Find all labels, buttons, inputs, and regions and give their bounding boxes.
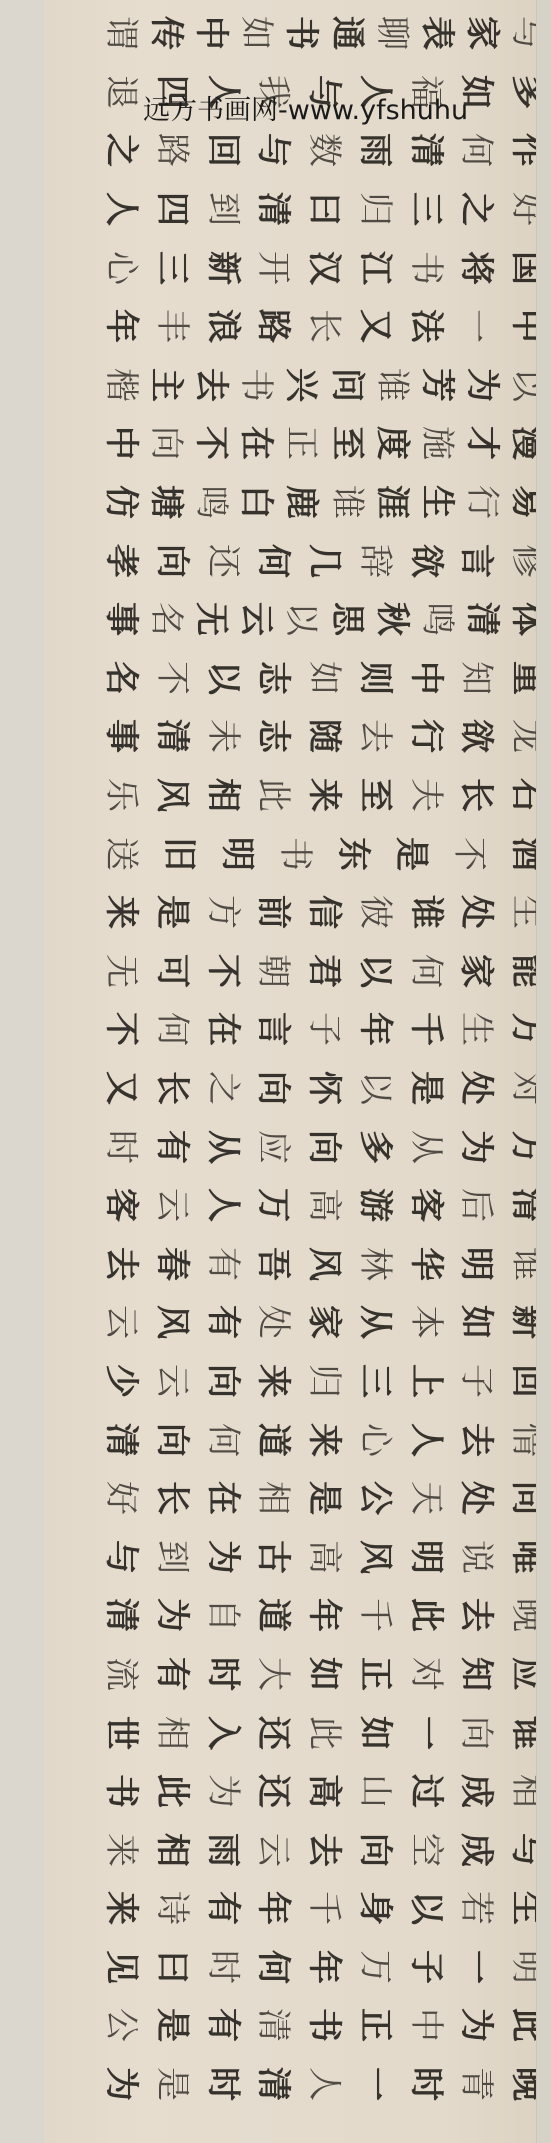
calligraphy-character: 时 <box>409 2067 443 2101</box>
calligraphy-character: 正 <box>358 2008 392 2042</box>
calligraphy-character: 可 <box>155 954 189 988</box>
calligraphy-character: 不 <box>194 426 228 460</box>
calligraphy-column: 以为芳谁问兴书去主楷 <box>104 356 544 415</box>
calligraphy-character: 有 <box>206 1305 240 1339</box>
calligraphy-character: 长 <box>307 309 341 343</box>
calligraphy-character: 处 <box>256 1305 290 1339</box>
calligraphy-character: 为 <box>206 1540 240 1574</box>
calligraphy-character: 此 <box>256 778 290 812</box>
calligraphy-character: 言 <box>256 1012 290 1046</box>
calligraphy-character: 欲 <box>459 719 493 753</box>
calligraphy-character: 送 <box>104 837 138 871</box>
calligraphy-character: 多 <box>358 1130 392 1164</box>
calligraphy-character: 知 <box>459 1657 493 1691</box>
calligraphy-character: 浪 <box>206 309 240 343</box>
calligraphy-character: 数 <box>307 133 341 167</box>
calligraphy-column: 与成空向去云雨相来 <box>104 1820 544 1879</box>
calligraphy-character: 心 <box>358 1423 392 1457</box>
calligraphy-character: 云 <box>155 1188 189 1222</box>
calligraphy-character: 秋 <box>375 602 409 636</box>
calligraphy-character: 一 <box>358 2067 392 2101</box>
scroll-mount-right <box>536 0 551 2143</box>
calligraphy-character: 以 <box>206 661 240 695</box>
calligraphy-character: 去 <box>459 1598 493 1632</box>
calligraphy-character: 从 <box>409 1130 443 1164</box>
calligraphy-character: 知 <box>459 661 493 695</box>
calligraphy-character: 怀 <box>307 1071 341 1105</box>
calligraphy-character: 问 <box>330 368 364 402</box>
calligraphy-character: 一 <box>459 309 493 343</box>
calligraphy-character: 为 <box>104 2067 138 2101</box>
calligraphy-column: 谁明华林风吾有春去 <box>104 1234 544 1293</box>
calligraphy-character: 时 <box>206 2067 240 2101</box>
calligraphy-character: 人 <box>104 192 138 226</box>
calligraphy-column: 方生千年子言在何不 <box>104 1000 544 1059</box>
calligraphy-character: 还 <box>256 1716 290 1750</box>
calligraphy-character: 与 <box>104 1540 138 1574</box>
calligraphy-character: 到 <box>155 1540 189 1574</box>
calligraphy-character: 长 <box>155 1481 189 1515</box>
calligraphy-character: 来 <box>307 778 341 812</box>
calligraphy-column: 晚去此千年道自为清 <box>104 1586 544 1645</box>
calligraphy-character: 后 <box>459 1188 493 1222</box>
calligraphy-character: 将 <box>459 251 493 285</box>
calligraphy-character: 一 <box>459 1950 493 1984</box>
calligraphy-character: 何 <box>409 954 443 988</box>
calligraphy-character: 从 <box>358 1305 392 1339</box>
calligraphy-column: 清后客游高万人云客 <box>104 1176 544 1235</box>
calligraphy-column: 对处是以怀向之长又 <box>104 1059 544 1118</box>
calligraphy-character: 心 <box>104 251 138 285</box>
calligraphy-character: 仿 <box>104 485 138 519</box>
calligraphy-column: 作何清雨数与回路之 <box>104 121 544 180</box>
calligraphy-character: 流 <box>104 1657 138 1691</box>
calligraphy-character: 退 <box>104 75 138 109</box>
calligraphy-character: 子 <box>307 1012 341 1046</box>
calligraphy-character: 向 <box>307 1130 341 1164</box>
calligraphy-character: 相 <box>256 1481 290 1515</box>
calligraphy-character: 见 <box>104 1950 138 1984</box>
calligraphy-character: 还 <box>206 544 240 578</box>
calligraphy-character: 清 <box>104 1598 138 1632</box>
calligraphy-character: 去 <box>307 1833 341 1867</box>
calligraphy-character: 书 <box>284 16 318 50</box>
calligraphy-character: 诗 <box>155 1891 189 1925</box>
calligraphy-character: 主 <box>149 368 183 402</box>
calligraphy-character: 是 <box>307 1481 341 1515</box>
calligraphy-character: 三 <box>409 192 443 226</box>
calligraphy-character: 信 <box>307 895 341 929</box>
calligraphy-character: 公 <box>358 1481 392 1515</box>
calligraphy-character: 不 <box>452 837 486 871</box>
calligraphy-character: 志 <box>256 661 290 695</box>
calligraphy-character: 一 <box>409 1716 443 1750</box>
calligraphy-character: 思 <box>330 602 364 636</box>
calligraphy-character: 与 <box>256 133 290 167</box>
calligraphy-character: 归 <box>307 1364 341 1398</box>
calligraphy-character: 事 <box>104 602 138 636</box>
calligraphy-column: 体清鸣秋思以云无名事 <box>104 590 544 649</box>
calligraphy-character: 几 <box>307 544 341 578</box>
calligraphy-character: 是 <box>394 837 428 871</box>
calligraphy-character: 成 <box>459 1833 493 1867</box>
calligraphy-character: 在 <box>239 426 273 460</box>
calligraphy-character: 自 <box>206 1598 240 1632</box>
calligraphy-column: 回子上三归来向云少 <box>104 1352 544 1411</box>
calligraphy-character: 谁 <box>330 485 364 519</box>
calligraphy-character: 如 <box>459 1305 493 1339</box>
calligraphy-column: 此为中正书清有是公 <box>104 1996 544 2055</box>
calligraphy-character: 时 <box>104 1130 138 1164</box>
calligraphy-character: 辞 <box>358 544 392 578</box>
watermark-text: 远方书画网-www.yfshuhu <box>143 88 468 127</box>
calligraphy-character: 相 <box>155 1716 189 1750</box>
calligraphy-column: 向处天公是相在长好 <box>104 1469 544 1528</box>
calligraphy-character: 度 <box>375 426 409 460</box>
calligraphy-character: 向 <box>206 1364 240 1398</box>
calligraphy-character: 彼 <box>358 895 392 929</box>
calligraphy-paper: 与家表聊通书如中传谓多如福人与我人四退作何清雨数与回路之好之三归曰清到四人国将书… <box>44 0 537 2143</box>
calligraphy-character: 三 <box>358 1364 392 1398</box>
calligraphy-character: 山 <box>358 1774 392 1808</box>
calligraphy-character: 为 <box>459 2008 493 2042</box>
calligraphy-character: 朝 <box>256 954 290 988</box>
calligraphy-column: 方为从多向应从有时 <box>104 1117 544 1176</box>
calligraphy-character: 何 <box>256 1950 290 1984</box>
calligraphy-character: 为 <box>155 1598 189 1632</box>
calligraphy-character: 塘 <box>149 485 183 519</box>
calligraphy-character: 清 <box>256 2067 290 2101</box>
calligraphy-character: 年 <box>104 309 138 343</box>
calligraphy-character: 雨 <box>206 1833 240 1867</box>
calligraphy-character: 道 <box>256 1423 290 1457</box>
calligraphy-character: 前 <box>256 895 290 929</box>
calligraphy-character: 又 <box>104 1071 138 1105</box>
calligraphy-character: 去 <box>358 719 392 753</box>
calligraphy-character: 则 <box>358 661 392 695</box>
calligraphy-character: 在 <box>206 1012 240 1046</box>
calligraphy-character: 对 <box>409 1657 443 1691</box>
calligraphy-character: 处 <box>459 895 493 929</box>
calligraphy-character: 道 <box>256 1598 290 1632</box>
calligraphy-character: 身 <box>358 1891 392 1925</box>
calligraphy-character: 之 <box>104 133 138 167</box>
calligraphy-character: 风 <box>307 1247 341 1281</box>
calligraphy-column: 新如本从家处有风云 <box>104 1293 544 1352</box>
calligraphy-character: 子 <box>459 1364 493 1398</box>
calligraphy-character: 才 <box>465 426 499 460</box>
calligraphy-column: 唯说明风高古为到与 <box>104 1527 544 1586</box>
calligraphy-character: 鹿 <box>284 485 318 519</box>
calligraphy-character: 风 <box>155 778 189 812</box>
calligraphy-character: 若 <box>459 1891 493 1925</box>
calligraphy-character: 来 <box>104 1891 138 1925</box>
calligraphy-column: 漫才施度至正在不向中 <box>104 414 544 473</box>
calligraphy-column: 石长夫至来此相风乐 <box>104 766 544 825</box>
calligraphy-character: 书 <box>278 837 312 871</box>
calligraphy-character: 聊 <box>375 16 409 50</box>
calligraphy-character: 清 <box>465 602 499 636</box>
calligraphy-character: 向 <box>358 1833 392 1867</box>
calligraphy-character: 林 <box>358 1247 392 1281</box>
calligraphy-character: 到 <box>206 192 240 226</box>
calligraphy-character: 鸣 <box>194 485 228 519</box>
calligraphy-character: 为 <box>459 1130 493 1164</box>
calligraphy-character: 此 <box>409 1598 443 1632</box>
calligraphy-character: 过 <box>409 1774 443 1808</box>
calligraphy-character: 兴 <box>284 368 318 402</box>
calligraphy-character: 风 <box>358 1540 392 1574</box>
calligraphy-character: 之 <box>206 1071 240 1105</box>
calligraphy-character: 千 <box>358 1598 392 1632</box>
calligraphy-character: 新 <box>206 251 240 285</box>
calligraphy-character: 云 <box>239 602 273 636</box>
calligraphy-character: 有 <box>155 1657 189 1691</box>
calligraphy-character: 归 <box>358 192 392 226</box>
calligraphy-character: 中 <box>104 426 138 460</box>
calligraphy-character: 行 <box>409 719 443 753</box>
calligraphy-character: 中 <box>409 661 443 695</box>
calligraphy-character: 本 <box>409 1305 443 1339</box>
calligraphy-column: 应知对正如大时有流 <box>104 1645 544 1704</box>
calligraphy-character: 涯 <box>375 485 409 519</box>
calligraphy-character: 夫 <box>409 778 443 812</box>
calligraphy-character: 名 <box>149 602 183 636</box>
calligraphy-character: 世 <box>104 1716 138 1750</box>
calligraphy-character: 千 <box>307 1891 341 1925</box>
calligraphy-column: 生若以身千年有诗来 <box>104 1879 544 1938</box>
calligraphy-character: 还 <box>256 1774 290 1808</box>
calligraphy-character: 书 <box>104 1774 138 1808</box>
calligraphy-column: 酒不是东书明旧送 <box>104 824 544 883</box>
calligraphy-column: 重知中则如志以不名 <box>104 649 544 708</box>
calligraphy-character: 不 <box>206 954 240 988</box>
calligraphy-character: 人 <box>409 1423 443 1457</box>
calligraphy-character: 楷 <box>104 368 138 402</box>
calligraphy-character: 清 <box>256 192 290 226</box>
calligraphy-character: 鸣 <box>420 602 454 636</box>
calligraphy-character: 谓 <box>104 16 138 50</box>
calligraphy-character: 吾 <box>256 1247 290 1281</box>
calligraphy-character: 向 <box>155 1423 189 1457</box>
calligraphy-character: 之 <box>459 192 493 226</box>
calligraphy-character: 向 <box>256 1071 290 1105</box>
calligraphy-character: 云 <box>155 1364 189 1398</box>
calligraphy-column: 晚青时一人清时是为 <box>104 2055 544 2114</box>
calligraphy-character: 向 <box>155 544 189 578</box>
calligraphy-character: 言 <box>459 544 493 578</box>
calligraphy-character: 家 <box>307 1305 341 1339</box>
calligraphy-character: 公 <box>104 2008 138 2042</box>
calligraphy-character: 谁 <box>375 368 409 402</box>
calligraphy-character: 欲 <box>409 544 443 578</box>
calligraphy-character: 以 <box>284 602 318 636</box>
calligraphy-column: 生处谁彼信前方是来 <box>104 883 544 942</box>
calligraphy-character: 如 <box>239 16 273 50</box>
calligraphy-character: 开 <box>256 251 290 285</box>
calligraphy-character: 生 <box>420 485 454 519</box>
calligraphy-character: 谁 <box>409 895 443 929</box>
calligraphy-character: 正 <box>284 426 318 460</box>
calligraphy-character: 何 <box>256 544 290 578</box>
calligraphy-character: 来 <box>256 1364 290 1398</box>
calligraphy-character: 客 <box>409 1188 443 1222</box>
calligraphy-character: 以 <box>358 954 392 988</box>
calligraphy-character: 去 <box>104 1247 138 1281</box>
calligraphy-column: 与家表聊通书如中传谓 <box>104 4 544 63</box>
calligraphy-character: 清 <box>155 719 189 753</box>
calligraphy-character: 高 <box>307 1540 341 1574</box>
calligraphy-column: 易行生涯谁鹿白鸣塘仿 <box>104 473 544 532</box>
calligraphy-character: 以 <box>409 1891 443 1925</box>
calligraphy-character: 行 <box>465 485 499 519</box>
calligraphy-character: 名 <box>104 661 138 695</box>
calligraphy-character: 是 <box>155 2067 189 2101</box>
calligraphy-character: 为 <box>206 1774 240 1808</box>
calligraphy-character: 有 <box>206 1891 240 1925</box>
calligraphy-character: 又 <box>358 309 392 343</box>
calligraphy-character: 雨 <box>358 133 392 167</box>
calligraphy-character: 路 <box>155 133 189 167</box>
calligraphy-character: 中 <box>194 16 228 50</box>
calligraphy-character: 长 <box>155 1071 189 1105</box>
calligraphy-character: 曰 <box>307 192 341 226</box>
calligraphy-character: 春 <box>155 1247 189 1281</box>
calligraphy-character: 清 <box>104 1423 138 1457</box>
calligraphy-character: 成 <box>459 1774 493 1808</box>
calligraphy-character: 不 <box>155 661 189 695</box>
calligraphy-character: 无 <box>104 954 138 988</box>
calligraphy-character: 游 <box>358 1188 392 1222</box>
calligraphy-character: 事 <box>104 719 138 753</box>
calligraphy-column: 国将书江汉开新三心 <box>104 238 544 297</box>
calligraphy-character: 向 <box>149 426 183 460</box>
calligraphy-character: 如 <box>307 1657 341 1691</box>
calligraphy-character: 相 <box>206 778 240 812</box>
calligraphy-character: 明 <box>220 837 254 871</box>
calligraphy-character: 高 <box>307 1774 341 1808</box>
calligraphy-character: 志 <box>256 719 290 753</box>
calligraphy-character: 江 <box>358 251 392 285</box>
calligraphy-character: 明 <box>409 1540 443 1574</box>
calligraphy-character: 处 <box>459 1481 493 1515</box>
calligraphy-character: 至 <box>358 778 392 812</box>
calligraphy-character: 高 <box>307 1188 341 1222</box>
calligraphy-character: 子 <box>409 1950 443 1984</box>
calligraphy-character: 生 <box>459 1012 493 1046</box>
calligraphy-character: 家 <box>465 16 499 50</box>
calligraphy-column: 修言欲辞几何还向孝 <box>104 531 544 590</box>
calligraphy-column: 谁向一如此还入相世 <box>104 1703 544 1762</box>
calligraphy-character: 万 <box>256 1188 290 1222</box>
calligraphy-character: 如 <box>307 661 341 695</box>
calligraphy-column: 明一子万年何时曰见 <box>104 1938 544 1997</box>
calligraphy-character: 古 <box>256 1540 290 1574</box>
calligraphy-character: 何 <box>155 1012 189 1046</box>
calligraphy-text-columns: 与家表聊通书如中传谓多如福人与我人四退作何清雨数与回路之好之三归曰清到四人国将书… <box>104 4 544 2113</box>
calligraphy-character: 在 <box>206 1481 240 1515</box>
calligraphy-character: 不 <box>104 1012 138 1046</box>
calligraphy-character: 三 <box>155 251 189 285</box>
calligraphy-character: 是 <box>409 1071 443 1105</box>
calligraphy-character: 相 <box>155 1833 189 1867</box>
calligraphy-character: 华 <box>409 1247 443 1281</box>
calligraphy-character: 书 <box>409 251 443 285</box>
calligraphy-character: 为 <box>465 368 499 402</box>
calligraphy-character: 路 <box>256 309 290 343</box>
calligraphy-character: 时 <box>206 1657 240 1691</box>
calligraphy-character: 清 <box>256 2008 290 2042</box>
calligraphy-character: 有 <box>206 2008 240 2042</box>
calligraphy-character: 来 <box>104 1833 138 1867</box>
calligraphy-character: 少 <box>104 1364 138 1398</box>
calligraphy-character: 书 <box>239 368 273 402</box>
calligraphy-character: 明 <box>459 1247 493 1281</box>
calligraphy-character: 正 <box>358 1657 392 1691</box>
calligraphy-column: 情去人心来道何向清 <box>104 1410 544 1469</box>
calligraphy-character: 中 <box>409 2008 443 2042</box>
calligraphy-character: 云 <box>104 1305 138 1339</box>
calligraphy-character: 此 <box>307 1716 341 1750</box>
calligraphy-character: 曰 <box>155 1950 189 1984</box>
scroll-mount-left <box>0 0 44 2143</box>
calligraphy-character: 如 <box>358 1716 392 1750</box>
calligraphy-character: 有 <box>206 1247 240 1281</box>
calligraphy-character: 年 <box>307 1598 341 1632</box>
calligraphy-character: 何 <box>206 1423 240 1457</box>
calligraphy-character: 上 <box>409 1364 443 1398</box>
calligraphy-character: 书 <box>307 2008 341 2042</box>
calligraphy-character: 君 <box>307 954 341 988</box>
calligraphy-character: 年 <box>256 1891 290 1925</box>
calligraphy-column: 能家何以君朝不可无 <box>104 942 544 1001</box>
calligraphy-character: 旧 <box>162 837 196 871</box>
calligraphy-character: 去 <box>459 1423 493 1457</box>
calligraphy-character: 芳 <box>420 368 454 402</box>
calligraphy-character: 人 <box>307 2067 341 2101</box>
calligraphy-character: 去 <box>194 368 228 402</box>
calligraphy-column: 中一法又长路浪丰年 <box>104 297 544 356</box>
calligraphy-character: 来 <box>104 895 138 929</box>
calligraphy-character: 客 <box>104 1188 138 1222</box>
calligraphy-character: 未 <box>206 719 240 753</box>
calligraphy-character: 施 <box>420 426 454 460</box>
calligraphy-character: 有 <box>155 1130 189 1164</box>
calligraphy-column: 相成过山高还为此书 <box>104 1762 544 1821</box>
calligraphy-character: 表 <box>420 16 454 50</box>
calligraphy-character: 白 <box>239 485 273 519</box>
calligraphy-character: 方 <box>206 895 240 929</box>
calligraphy-character: 家 <box>459 954 493 988</box>
calligraphy-character: 何 <box>459 133 493 167</box>
calligraphy-character: 空 <box>409 1833 443 1867</box>
calligraphy-character: 长 <box>459 778 493 812</box>
calligraphy-character: 应 <box>256 1130 290 1164</box>
calligraphy-character: 人 <box>206 1188 240 1222</box>
calligraphy-character: 青 <box>459 2067 493 2101</box>
calligraphy-character: 是 <box>155 2008 189 2042</box>
calligraphy-character: 四 <box>155 192 189 226</box>
calligraphy-character: 清 <box>409 133 443 167</box>
calligraphy-character: 至 <box>330 426 364 460</box>
calligraphy-character: 传 <box>149 16 183 50</box>
calligraphy-character: 万 <box>358 1950 392 1984</box>
calligraphy-character: 大 <box>256 1657 290 1691</box>
calligraphy-character: 时 <box>206 1950 240 1984</box>
calligraphy-character: 无 <box>194 602 228 636</box>
calligraphy-character: 入 <box>206 1716 240 1750</box>
calligraphy-character: 年 <box>307 1950 341 1984</box>
